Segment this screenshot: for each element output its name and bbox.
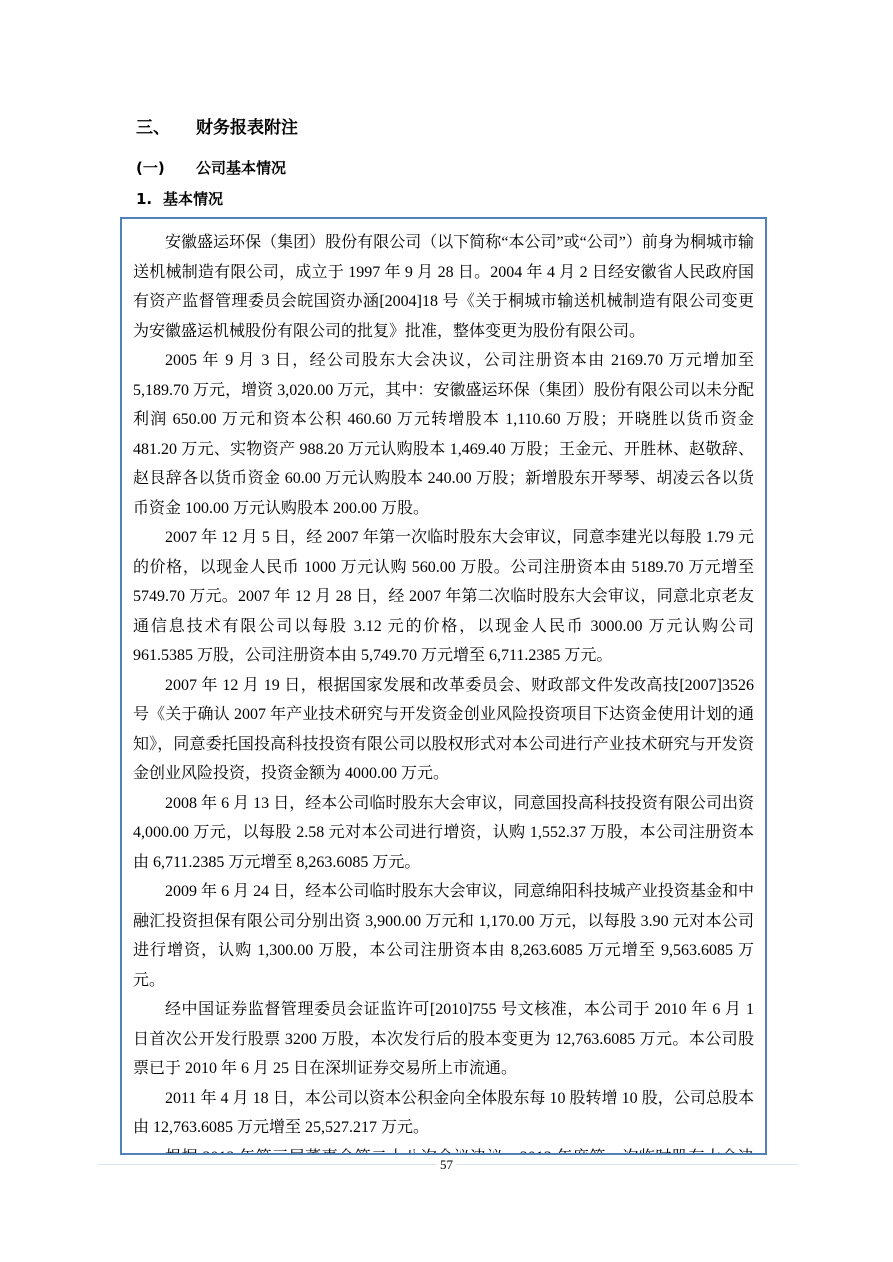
paragraph-company-origin: 安徽盛运环保（集团）股份有限公司（以下简称“本公司”或“公司”）前身为桐城市输送… [133,228,754,346]
item-heading: 1.基本情况 [136,188,223,209]
item-number: 1. [136,190,163,208]
paragraph-2007-share-subscriptions: 2007 年 12 月 5 日，经 2007 年第一次临时股东大会审议，同意李建… [133,523,754,671]
subsection-number: (一) [136,157,196,178]
paragraph-2009-capital-increase: 2009 年 6 月 24 日，经本公司临时股东大会审议，同意绵阳科技城产业投资… [133,877,754,995]
page-number: 57 [437,1157,456,1173]
paragraph-2012-resolution: 根据 2012 年第三届董事会第二十八次会议决议、2013 年度第一次临时股东大… [133,1143,754,1156]
document-page: 三、财务报表附注 (一)公司基本情况 1.基本情况 安徽盛运环保（集团）股份有限… [0,0,893,1262]
paragraph-2011-share-conversion: 2011 年 4 月 18 日，本公司以资本公积金向全体股东每 10 股转增 1… [133,1084,754,1143]
item-title: 基本情况 [163,190,223,208]
section-heading: 三、财务报表附注 [136,113,298,138]
subsection-title: 公司基本情况 [196,159,286,177]
paragraph-2007-venture-investment: 2007 年 12 月 19 日，根据国家发展和改革委员会、财政部文件发改高技[… [133,671,754,789]
page-footer: 57 [0,1156,893,1174]
subsection-heading: (一)公司基本情况 [136,157,286,178]
paragraph-2010-ipo: 经中国证券监督管理委员会证监许可[2010]755 号文核准，本公司于 2010… [133,995,754,1084]
section-number: 三、 [136,113,196,138]
company-basic-info-box: 安徽盛运环保（集团）股份有限公司（以下简称“本公司”或“公司”）前身为桐城市输送… [120,217,767,1155]
paragraph-2005-capital-increase: 2005 年 9 月 3 日，经公司股东大会决议，公司注册资本由 2169.70… [133,346,754,523]
paragraph-2008-capital-increase: 2008 年 6 月 13 日，经本公司临时股东大会审议，同意国投高科技投资有限… [133,789,754,878]
section-title: 财务报表附注 [196,118,298,138]
